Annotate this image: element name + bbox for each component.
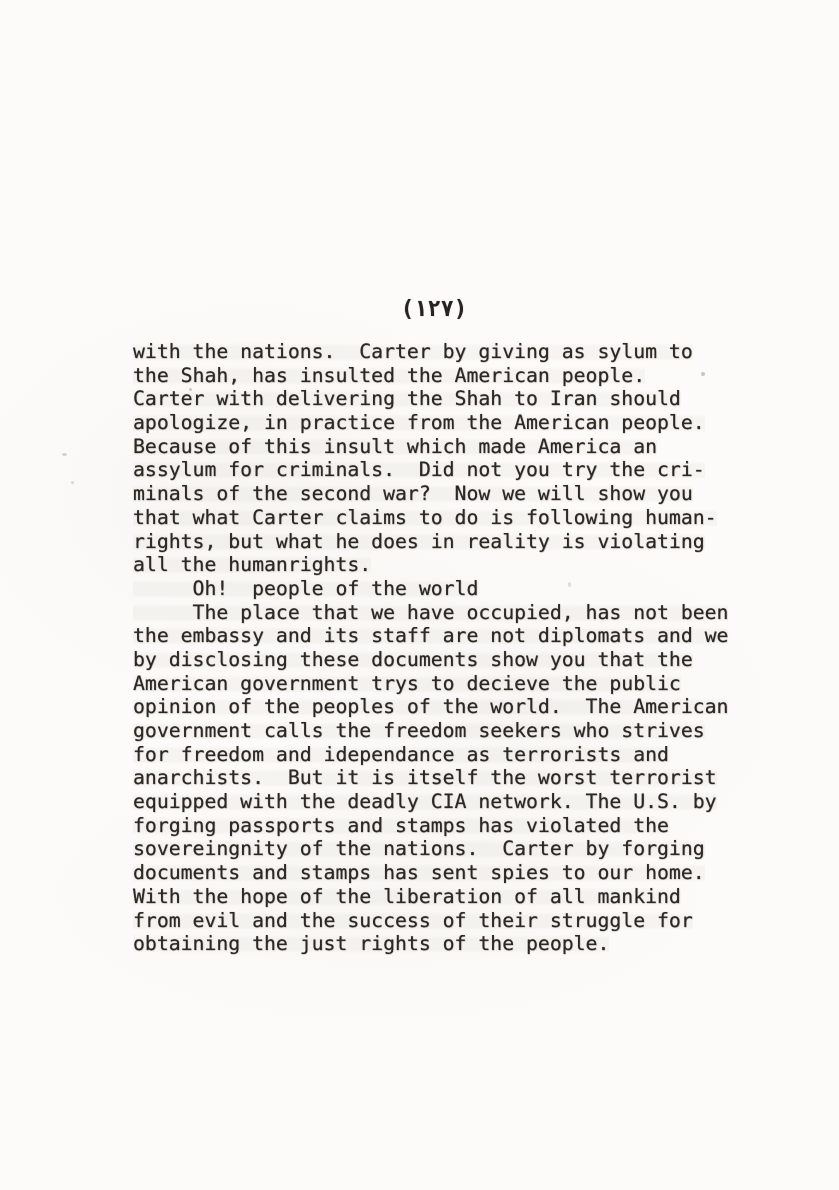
text-line: all the humanrights. <box>133 553 793 577</box>
scan-speck <box>568 582 571 587</box>
text-line: the Shah, has insulted the American peop… <box>133 364 793 388</box>
text-line-content: the embassy and its staff are not diplom… <box>133 624 728 647</box>
text-line: equipped with the deadly CIA network. Th… <box>133 790 793 814</box>
scan-speck <box>62 453 67 456</box>
text-line: anarchists. But it is itself the worst t… <box>133 766 793 790</box>
text-line-content: government calls the freedom seekers who… <box>133 719 705 742</box>
text-line-content: all the humanrights. <box>133 553 371 576</box>
text-line: for freedom and idependance as terrorist… <box>133 743 793 767</box>
text-line-content: American government trys to decieve the … <box>133 672 681 695</box>
text-line-content: assylum for criminals. Did not you try t… <box>133 458 705 481</box>
text-line: assylum for criminals. Did not you try t… <box>133 458 793 482</box>
text-line: with the nations. Carter by giving as sy… <box>133 340 793 364</box>
document-body-text: with the nations. Carter by giving as sy… <box>133 340 793 956</box>
text-line-content: from evil and the success of their strug… <box>133 909 693 932</box>
text-line: American government trys to decieve the … <box>133 672 793 696</box>
text-line: that what Carter claims to do is followi… <box>133 506 793 530</box>
text-line-content: forging passports and stamps has violate… <box>133 814 669 837</box>
text-line: Carter with delivering the Shah to Iran … <box>133 387 793 411</box>
text-line: documents and stamps has sent spies to o… <box>133 861 793 885</box>
scan-speck <box>189 388 192 391</box>
text-line: rights, but what he does in reality is v… <box>133 530 793 554</box>
text-line: the embassy and its staff are not diplom… <box>133 624 793 648</box>
text-line-content: Carter with delivering the Shah to Iran … <box>133 387 681 410</box>
text-line-content: equipped with the deadly CIA network. Th… <box>133 790 717 813</box>
text-line: obtaining the just rights of the people. <box>133 932 793 956</box>
text-line-content: Oh! people of the world <box>133 577 478 600</box>
text-line-content: With the hope of the liberation of all m… <box>133 885 681 908</box>
text-line-content: The place that we have occupied, has not… <box>133 601 728 624</box>
text-line-content: rights, but what he does in reality is v… <box>133 530 705 553</box>
text-line-content: that what Carter claims to do is followi… <box>133 506 717 529</box>
text-line-content: apologize, in practice from the American… <box>133 411 705 434</box>
text-line: Oh! people of the world <box>133 577 793 601</box>
text-line-content: by disclosing these documents show you t… <box>133 648 693 671</box>
scan-speck <box>701 372 705 376</box>
text-line: The place that we have occupied, has not… <box>133 601 793 625</box>
text-line: opinion of the peoples of the world. The… <box>133 695 793 719</box>
scanned-document-page: (١٢٧) with the nations. Carter by giving… <box>0 0 839 1190</box>
text-line-content: documents and stamps has sent spies to o… <box>133 861 705 884</box>
text-line-content: opinion of the peoples of the world. The… <box>133 695 728 718</box>
text-line: minals of the second war? Now we will sh… <box>133 482 793 506</box>
text-line-content: the Shah, has insulted the American peop… <box>133 364 645 387</box>
text-line-content: obtaining the just rights of the people. <box>133 932 609 955</box>
text-line: forging passports and stamps has violate… <box>133 814 793 838</box>
text-line: from evil and the success of their strug… <box>133 909 793 933</box>
text-line: sovereingnity of the nations. Carter by … <box>133 837 793 861</box>
text-line-content: anarchists. But it is itself the worst t… <box>133 766 717 789</box>
text-line: by disclosing these documents show you t… <box>133 648 793 672</box>
text-line-content: sovereingnity of the nations. Carter by … <box>133 837 705 860</box>
text-line: apologize, in practice from the American… <box>133 411 793 435</box>
text-line: Because of this insult which made Americ… <box>133 435 793 459</box>
text-line-content: Because of this insult which made Americ… <box>133 435 657 458</box>
text-line-content: with the nations. Carter by giving as sy… <box>133 340 693 363</box>
scan-speck <box>71 481 74 484</box>
text-line: With the hope of the liberation of all m… <box>133 885 793 909</box>
text-line: government calls the freedom seekers who… <box>133 719 793 743</box>
page-number: (١٢٧) <box>133 297 735 322</box>
text-line-content: for freedom and idependance as terrorist… <box>133 743 669 766</box>
text-line-content: minals of the second war? Now we will sh… <box>133 482 693 505</box>
